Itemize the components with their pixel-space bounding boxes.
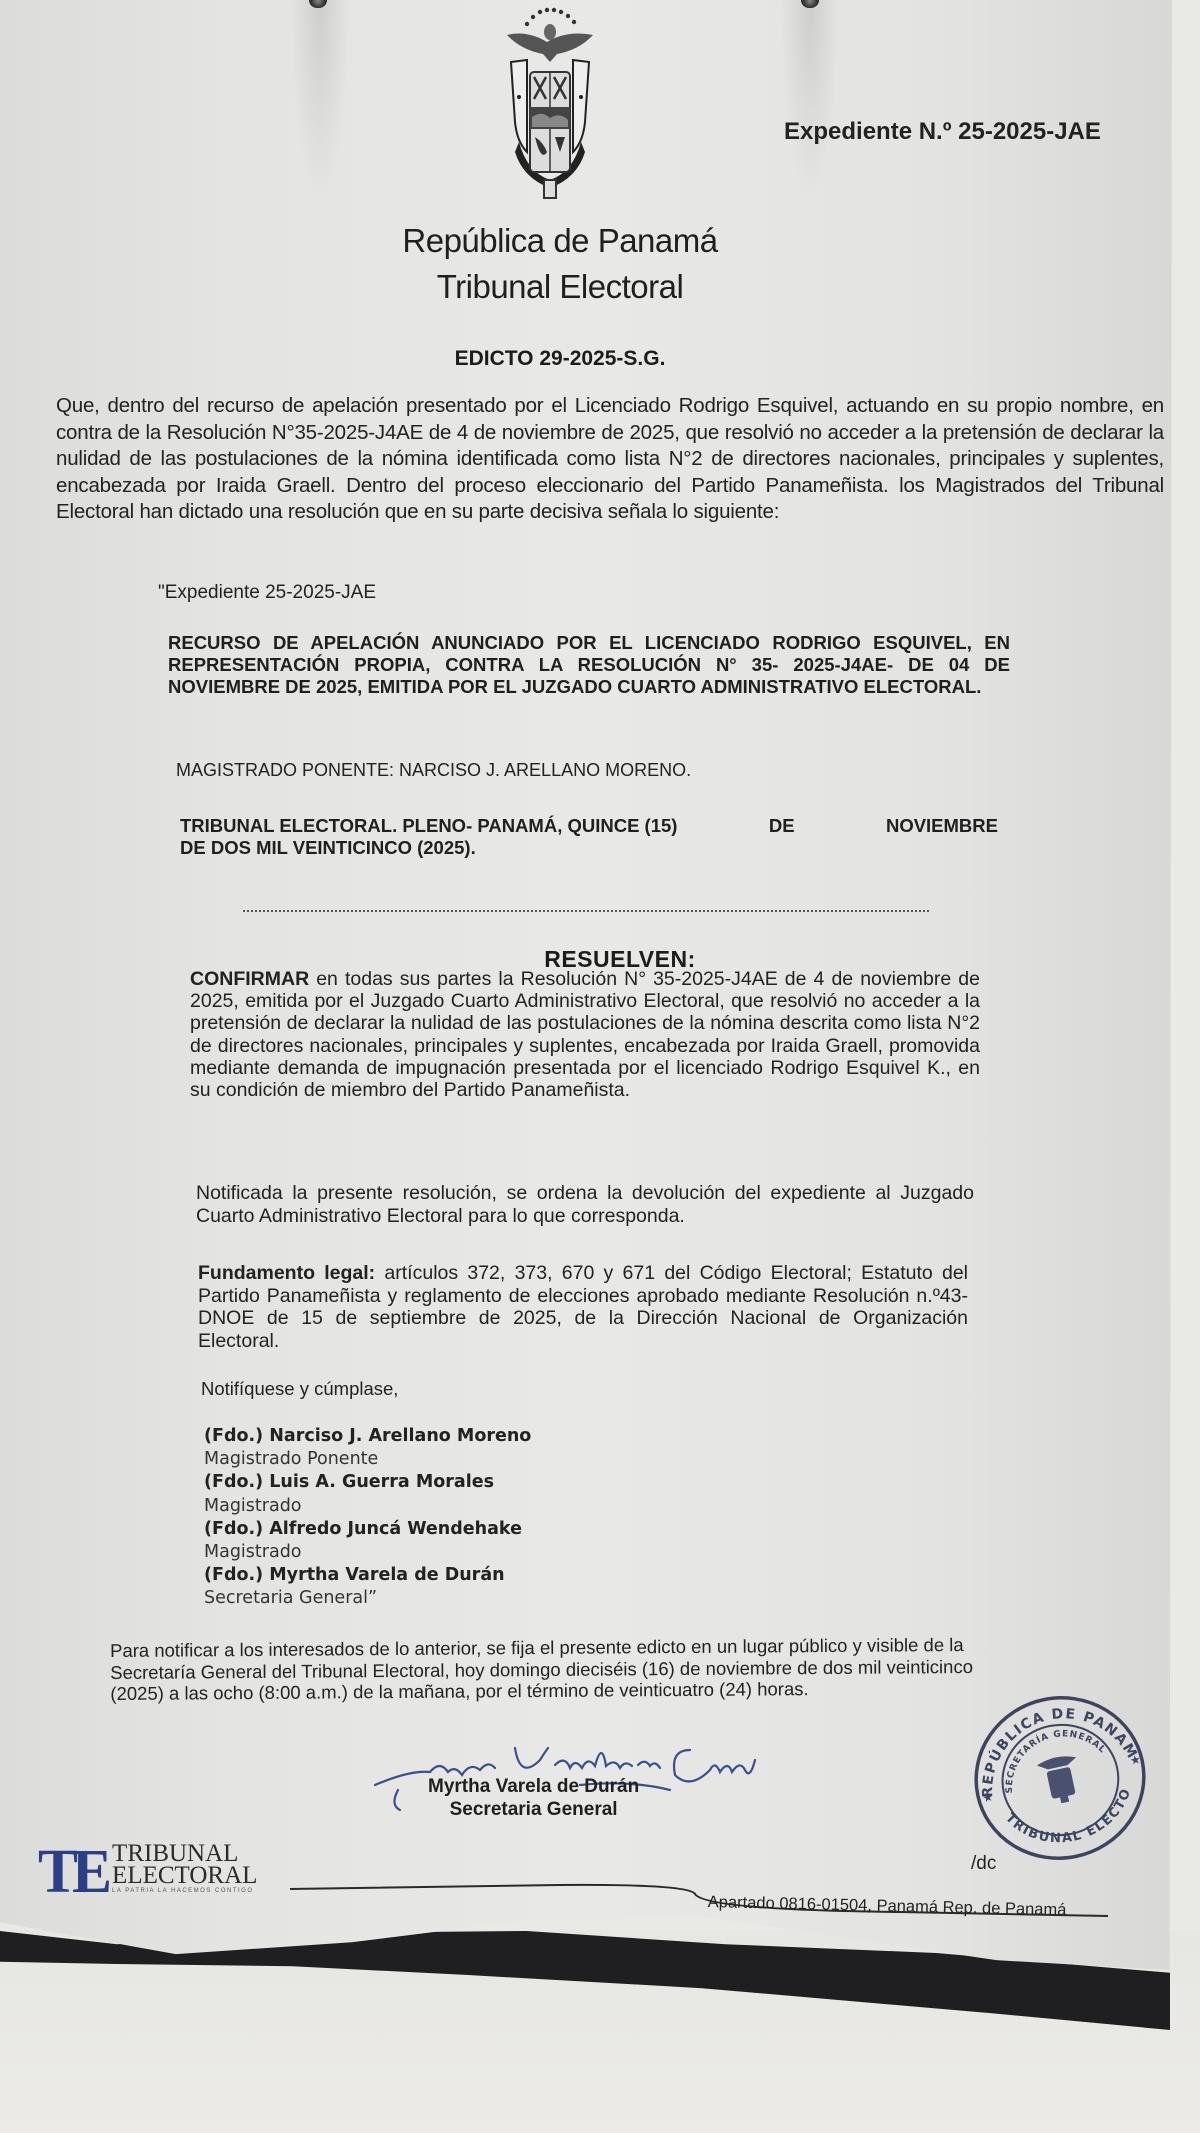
signer-name: (Fdo.) Alfredo Juncá Wendehake (204, 1518, 531, 1541)
signer-role: Magistrado Ponente (204, 1448, 531, 1471)
fundamento-label: Fundamento legal: (198, 1262, 375, 1284)
pleno-line1-c: NOVIEMBRE (886, 815, 998, 837)
expediente-number: Expediente N.º 25-2025-JAE (784, 118, 1101, 146)
notificada-paragraph: Notificada la presente resolución, se or… (196, 1182, 974, 1227)
dotted-divider (243, 910, 929, 912)
posting-notice: Para notificar a los interesados de lo a… (110, 1634, 990, 1705)
pin-shadow (290, 0, 350, 200)
pleno-line1-b: DE (769, 815, 795, 837)
signatures-block: (Fdo.) Narciso J. Arellano Moreno Magist… (204, 1425, 531, 1611)
edicto-title: EDICTO 29-2025-S.G. (0, 347, 1120, 371)
republica-heading: República de Panamá (0, 222, 1120, 260)
intro-paragraph: Que, dentro del recurso de apelación pre… (56, 393, 1164, 526)
signer-name-printed: Myrtha Varela de Durán (428, 1775, 639, 1798)
pleno-line1-a: TRIBUNAL ELECTORAL. PLENO- PANAMÁ, QUINC… (180, 815, 677, 837)
signer-role: Magistrado (204, 1495, 531, 1518)
signer-role-printed: Secretaria General (428, 1798, 639, 1821)
pleno-dateline: TRIBUNAL ELECTORAL. PLENO- PANAMÁ, QUINC… (180, 815, 998, 859)
signer-block: Myrtha Varela de Durán Secretaria Genera… (428, 1775, 639, 1821)
notifiquese-line: Notifíquese y cúmplase, (201, 1378, 398, 1400)
typist-initials: /dc (971, 1853, 996, 1875)
confirmar-text: en todas sus partes la Resolución N° 35-… (190, 968, 980, 1101)
confirmar-keyword: CONFIRMAR (190, 968, 309, 990)
magistrado-ponente: MAGISTRADO PONENTE: NARCISO J. ARELLANO … (176, 760, 691, 781)
official-seal-icon: REPÚBLICA DE PANAMÁ SECRETARÍA GENERAL T… (960, 1688, 1160, 1868)
quoted-expediente: "Expediente 25-2025-JAE (158, 582, 376, 604)
fundamento-paragraph: Fundamento legal: artículos 372, 373, 67… (198, 1262, 968, 1352)
pleno-line2: DE DOS MIL VEINTICINCO (2025). (180, 837, 998, 859)
signer-role: Magistrado (204, 1541, 531, 1564)
signer-role: Secretaria General” (204, 1587, 531, 1610)
signer-name: (Fdo.) Myrtha Varela de Durán (204, 1564, 531, 1587)
signer-name: (Fdo.) Luis A. Guerra Morales (204, 1471, 531, 1494)
coat-of-arms-icon (497, 2, 603, 202)
signer-name: (Fdo.) Narciso J. Arellano Moreno (204, 1425, 531, 1448)
confirmar-paragraph: CONFIRMAR en todas sus partes la Resoluc… (190, 968, 980, 1101)
pin-shadow (780, 0, 840, 200)
tribunal-heading: Tribunal Electoral (0, 268, 1120, 306)
recurso-heading: RECURSO DE APELACIÓN ANUNCIADO POR EL LI… (168, 632, 1010, 698)
